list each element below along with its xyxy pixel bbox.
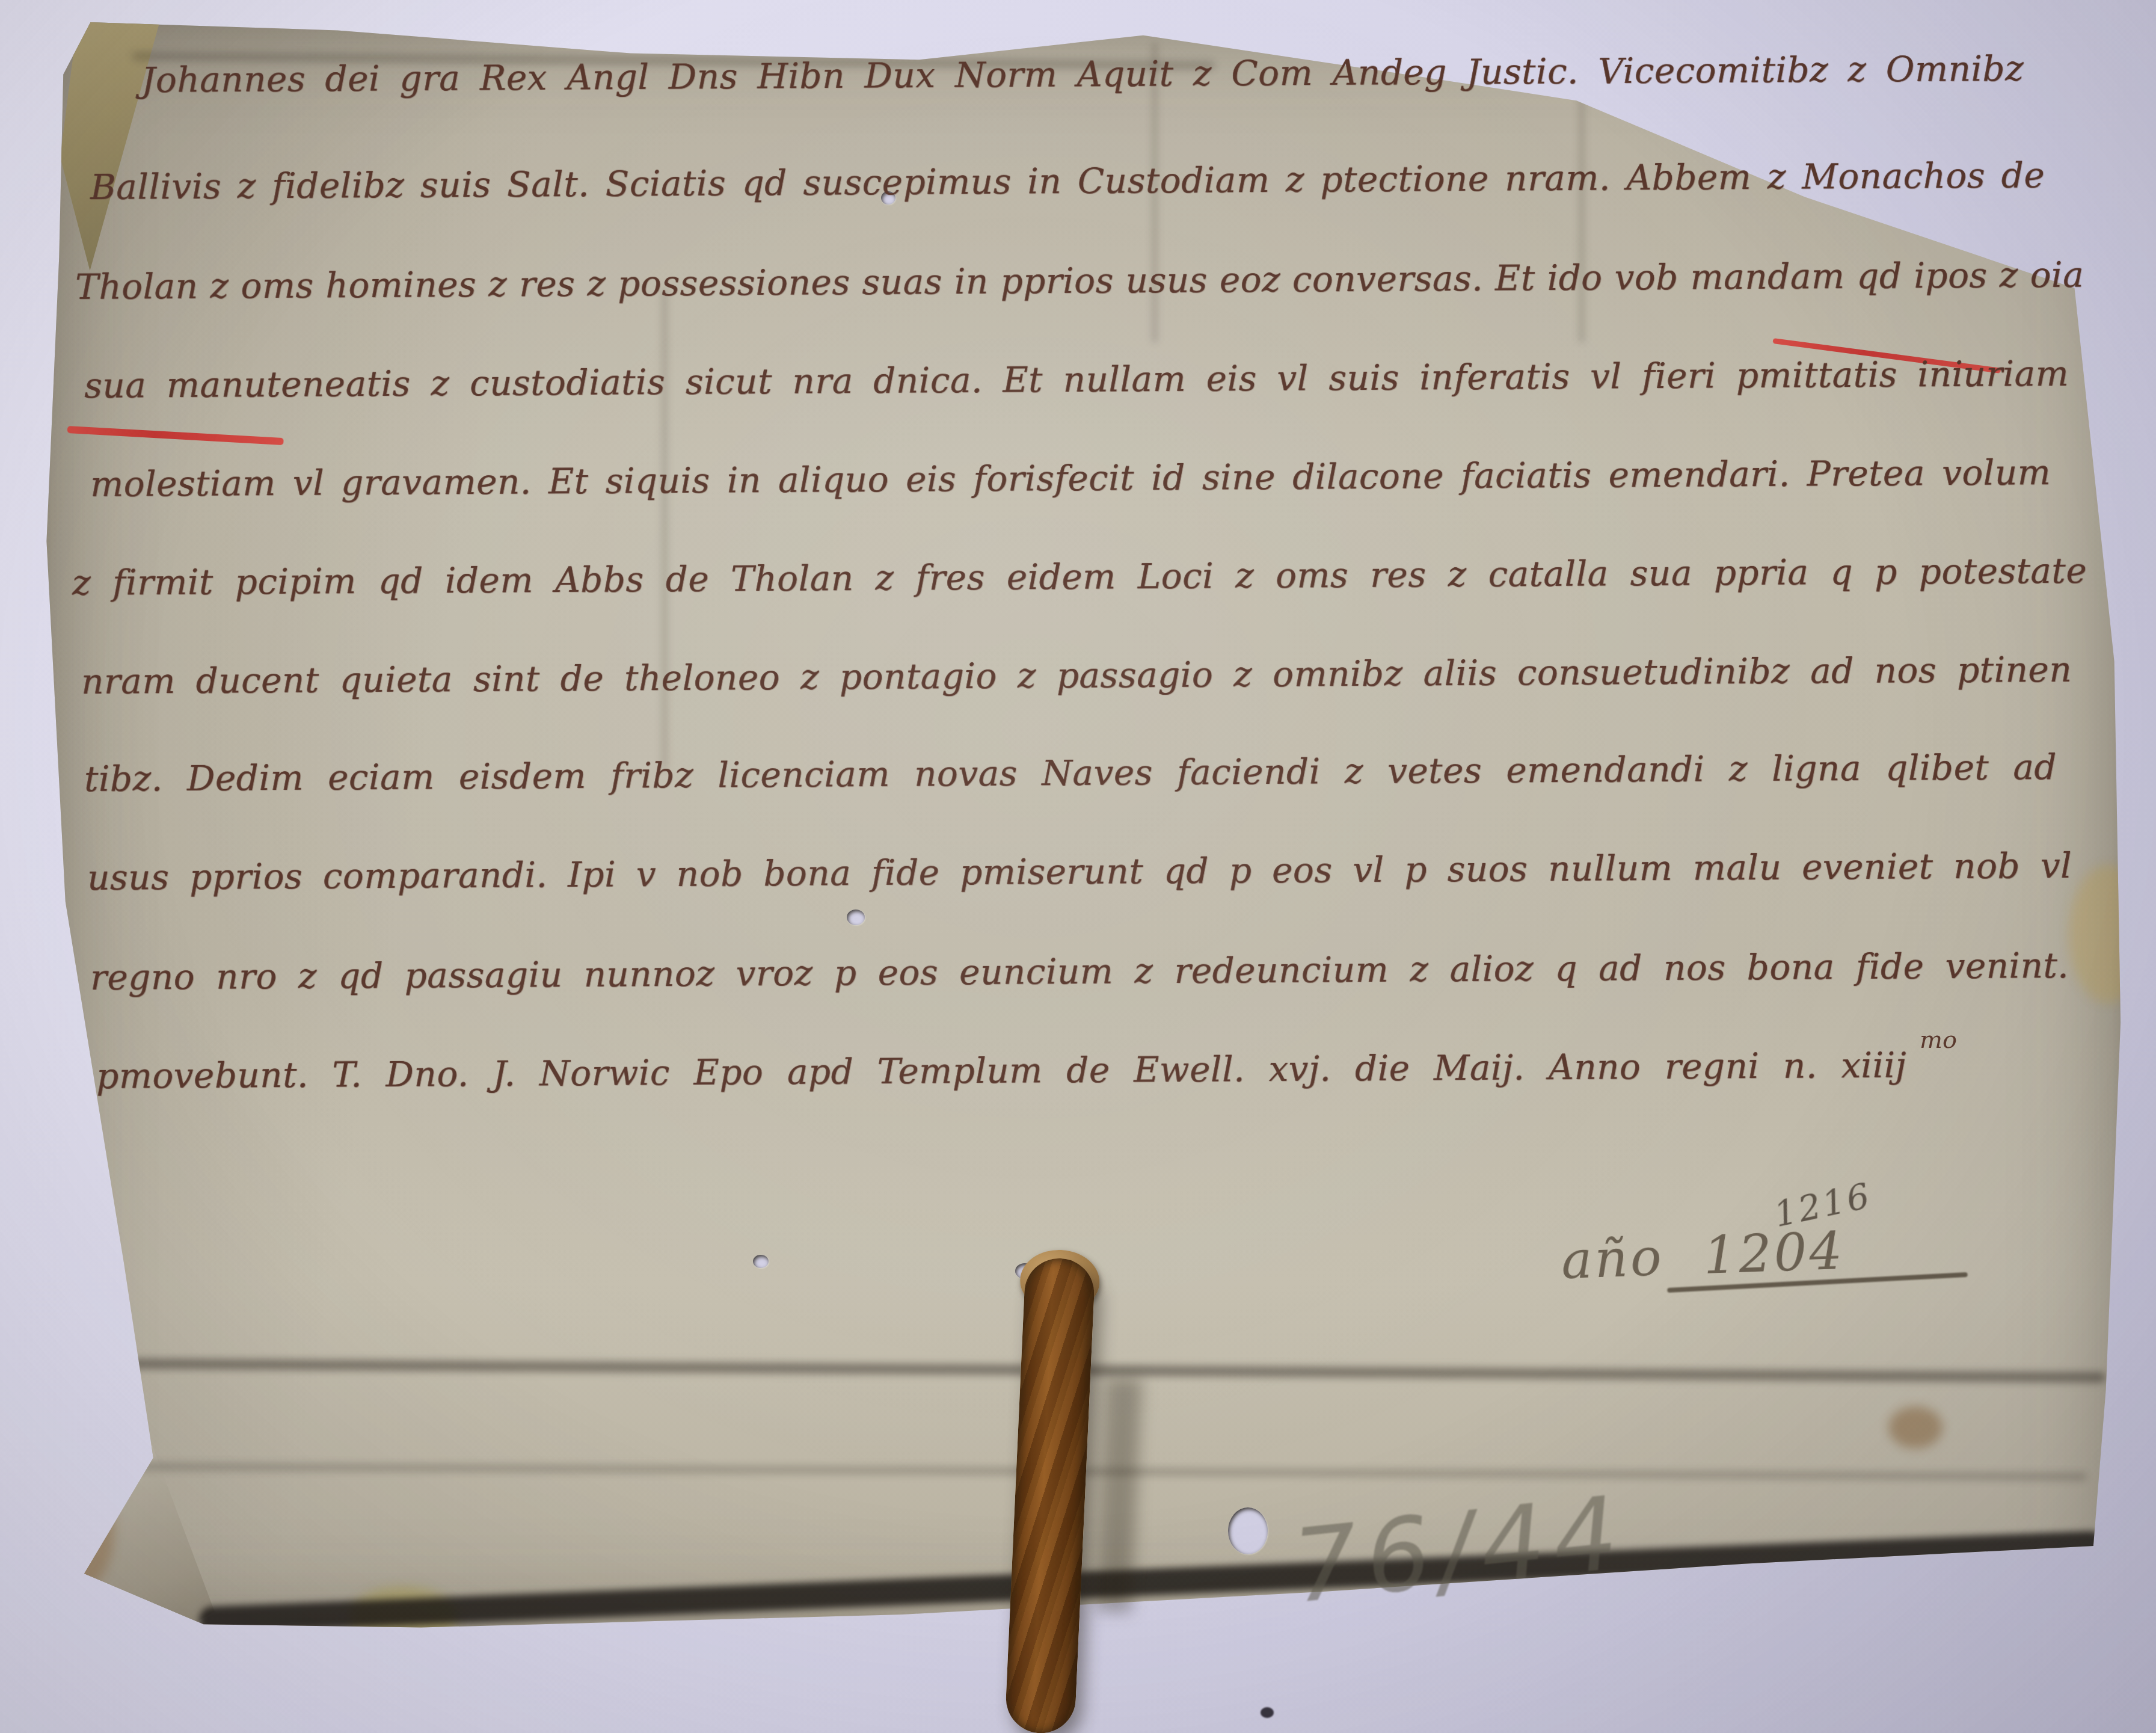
photo-stage: Johannes dei gra Rex Angl Dns Hibn Dux N…: [0, 0, 2156, 1733]
regnal-year-superscript: mo: [1920, 1026, 1957, 1054]
stain: [2069, 865, 2147, 1003]
year-struck: 1204: [1703, 1221, 1846, 1286]
fold-edge-shadow: [198, 1530, 2104, 1633]
stain: [1888, 1406, 1943, 1448]
crease: [1579, 90, 1585, 343]
stain: [36, 1467, 114, 1593]
hole: [847, 910, 865, 925]
speck: [1261, 1707, 1274, 1718]
plica-hole: [1228, 1507, 1268, 1554]
hole: [753, 1255, 769, 1268]
ano-label: año: [1560, 1227, 1665, 1291]
folded-corner-bottom-left: [73, 1442, 215, 1635]
stain: [776, 1623, 854, 1665]
